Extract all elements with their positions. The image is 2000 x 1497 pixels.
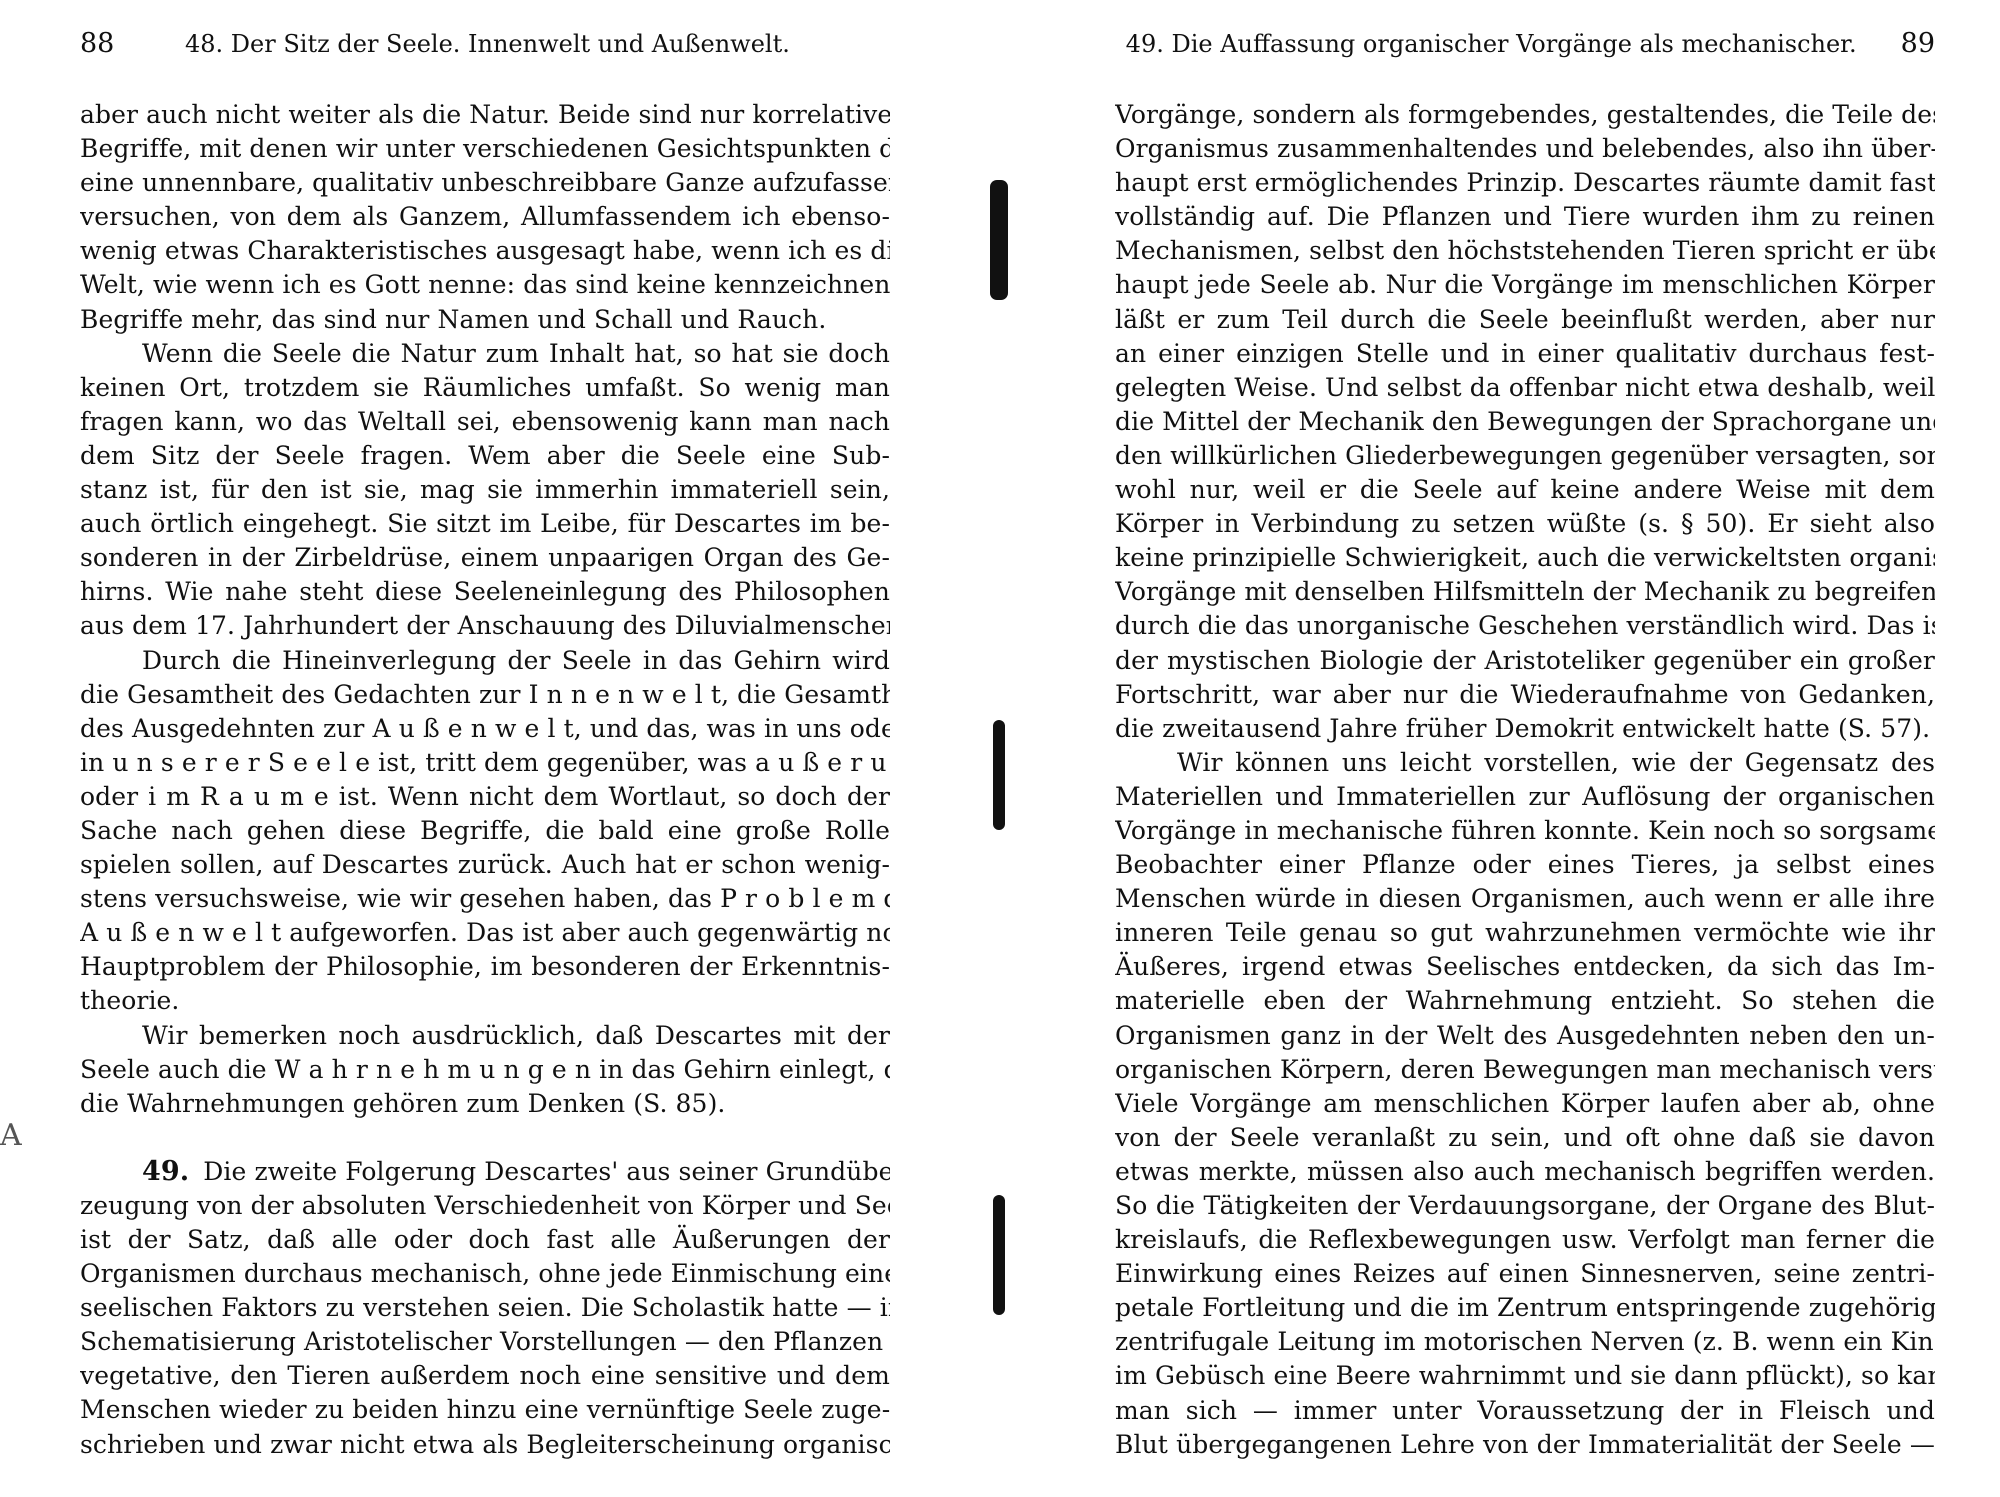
text-line: ist der Satz, daß alle oder doch fast al…: [80, 1223, 890, 1257]
text-line: Welt, wie wenn ich es Gott nenne: das si…: [80, 268, 890, 302]
text-line: den willkürlichen Gliederbewegungen gege…: [1115, 439, 1935, 473]
text-line: läßt er zum Teil durch die Seele beeinfl…: [1115, 303, 1935, 337]
text-line: Vorgänge, sondern als formgebendes, gest…: [1115, 98, 1935, 132]
text-line: spielen sollen, auf Descartes zurück. Au…: [80, 848, 890, 882]
text-line: stens versuchsweise, wie wir gesehen hab…: [80, 882, 890, 916]
text-line: Viele Vorgänge am menschlichen Körper la…: [1115, 1087, 1935, 1121]
text-line: Organismen durchaus mechanisch, ohne jed…: [80, 1257, 890, 1291]
text-line: Organismus zusammenhaltendes und beleben…: [1115, 132, 1935, 166]
text-line: Körper in Verbindung zu setzen wüßte (s.…: [1115, 507, 1935, 541]
text-line: Fortschritt, war aber nur die Wiederaufn…: [1115, 678, 1935, 712]
text-line: die Mittel der Mechanik den Bewegungen d…: [1115, 405, 1935, 439]
text-line: im Gebüsch eine Beere wahrnimmt und sie …: [1115, 1359, 1935, 1393]
section-number: 49.: [80, 1156, 189, 1187]
text-line: keine prinzipielle Schwierigkeit, auch d…: [1115, 541, 1935, 575]
text-line: haupt erst ermöglichendes Prinzip. Desca…: [1115, 166, 1935, 200]
text-line: an einer einzigen Stelle und in einer qu…: [1115, 337, 1935, 371]
right-running-head: 49. Die Auffassung organischer Vorgänge …: [1115, 28, 1935, 68]
text-line: auch örtlich eingehegt. Sie sitzt im Lei…: [80, 507, 890, 541]
text-line: Hauptproblem der Philosophie, im besonde…: [80, 950, 890, 984]
text-line: Begriffe mehr, das sind nur Namen und Sc…: [80, 303, 890, 337]
text-line: materielle eben der Wahrnehmung entzieht…: [1115, 984, 1935, 1018]
text-line: Vorgänge mit denselben Hilfsmitteln der …: [1115, 575, 1935, 609]
text-line: gelegten Weise. Und selbst da offenbar n…: [1115, 371, 1935, 405]
text-line: Wenn die Seele die Natur zum Inhalt hat,…: [80, 337, 890, 371]
text-line: versuchen, von dem als Ganzem, Allumfass…: [80, 200, 890, 234]
text-line: Blut übergegangenen Lehre von der Immate…: [1115, 1428, 1935, 1462]
text-line: von der Seele veranlaßt zu sein, und oft…: [1115, 1121, 1935, 1155]
text-line: Schematisierung Aristotelischer Vorstell…: [80, 1325, 890, 1359]
text-line: zentrifugale Leitung im motorischen Nerv…: [1115, 1325, 1935, 1359]
text-line: etwas merkte, müssen also auch mechanisc…: [1115, 1155, 1935, 1189]
text-line: inneren Teile genau so gut wahrzunehmen …: [1115, 916, 1935, 950]
text-line: Wir können uns leicht vorstellen, wie de…: [1115, 746, 1935, 780]
text-line: Organismen ganz in der Welt des Ausgedeh…: [1115, 1019, 1935, 1053]
right-page: 49. Die Auffassung organischer Vorgänge …: [1115, 0, 1935, 1497]
left-page: 88 48. Der Sitz der Seele. Innenwelt und…: [80, 0, 890, 1497]
left-page-body: aber auch nicht weiter als die Natur. Be…: [80, 98, 890, 1462]
text-line: dem Sitz der Seele fragen. Wem aber die …: [80, 439, 890, 473]
page-number: 88: [80, 28, 185, 59]
left-running-head: 88 48. Der Sitz der Seele. Innenwelt und…: [80, 28, 890, 68]
text-line: Wir bemerken noch ausdrücklich, daß Desc…: [80, 1019, 890, 1053]
text-line: keinen Ort, trotzdem sie Räumliches umfa…: [80, 371, 890, 405]
binding-shadow: [993, 1195, 1005, 1315]
text-line: Materiellen und Immateriellen zur Auflös…: [1115, 780, 1935, 814]
margin-pencil-mark: A: [0, 1118, 30, 1164]
text-line: wohl nur, weil er die Seele auf keine an…: [1115, 473, 1935, 507]
text-line: So die Tätigkeiten der Verdauungsorgane,…: [1115, 1189, 1935, 1223]
text-line: organischen Körpern, deren Bewegungen ma…: [1115, 1053, 1935, 1087]
text-line: die Gesamtheit des Gedachten zur I n n e…: [80, 678, 890, 712]
running-head-title: 48. Der Sitz der Seele. Innenwelt und Au…: [185, 30, 790, 58]
section-first-line: Die zweite Folgerung Descartes' aus sein…: [203, 1157, 890, 1186]
text-line: die zweitausend Jahre früher Demokrit en…: [1115, 712, 1935, 746]
text-line: Sache nach gehen diese Begriffe, die bal…: [80, 814, 890, 848]
text-line: Menschen würde in diesen Organismen, auc…: [1115, 882, 1935, 916]
text-line: Menschen wieder zu beiden hinzu eine ver…: [80, 1393, 890, 1427]
text-line: stanz ist, für den ist sie, mag sie imme…: [80, 473, 890, 507]
text-line: Durch die Hineinverlegung der Seele in d…: [80, 644, 890, 678]
binding-shadow: [990, 180, 1008, 300]
text-line: aber auch nicht weiter als die Natur. Be…: [80, 98, 890, 132]
text-line: des Ausgedehnten zur A u ß e n w e l t, …: [80, 712, 890, 746]
text-line: Äußeres, irgend etwas Seelisches entdeck…: [1115, 950, 1935, 984]
text-line: Mechanismen, selbst den höchststehenden …: [1115, 234, 1935, 268]
text-line: vollständig auf. Die Pflanzen und Tiere …: [1115, 200, 1935, 234]
page-number: 89: [1901, 28, 1935, 59]
text-line: Begriffe, mit denen wir unter verschiede…: [80, 132, 890, 166]
text-line: vegetative, den Tieren außerdem noch ein…: [80, 1359, 890, 1393]
binding-shadow: [993, 720, 1005, 830]
text-line: wenig etwas Charakteristisches ausgesagt…: [80, 234, 890, 268]
text-line: Seele auch die W a h r n e h m u n g e n…: [80, 1053, 890, 1087]
text-line: eine unnennbare, qualitativ unbeschreibb…: [80, 166, 890, 200]
text-line: A u ß e n w e l t aufgeworfen. Das ist a…: [80, 916, 890, 950]
text-line: zeugung von der absoluten Verschiedenhei…: [80, 1189, 890, 1223]
text-line: seelischen Faktors zu verstehen seien. D…: [80, 1291, 890, 1325]
text-line: fragen kann, wo das Weltall sei, ebensow…: [80, 405, 890, 439]
text-line: oder i m R a u m e ist. Wenn nicht dem W…: [80, 780, 890, 814]
text-line: Vorgänge in mechanische führen konnte. K…: [1115, 814, 1935, 848]
text-line: kreislaufs, die Reflexbewegungen usw. Ve…: [1115, 1223, 1935, 1257]
text-line: der mystischen Biologie der Aristotelike…: [1115, 644, 1935, 678]
text-line: Einwirkung eines Reizes auf einen Sinnes…: [1115, 1257, 1935, 1291]
text-line: petale Fortleitung und die im Zentrum en…: [1115, 1291, 1935, 1325]
text-line: hirns. Wie nahe steht diese Seeleneinleg…: [80, 575, 890, 609]
text-line: haupt jede Seele ab. Nur die Vorgänge im…: [1115, 268, 1935, 302]
text-line: aus dem 17. Jahrhundert der Anschauung d…: [80, 609, 890, 643]
running-head-title: 49. Die Auffassung organischer Vorgänge …: [1126, 30, 1857, 58]
text-line: Beobachter einer Pflanze oder eines Tier…: [1115, 848, 1935, 882]
text-line: durch die das unorganische Geschehen ver…: [1115, 609, 1935, 643]
text-line: schrieben und zwar nicht etwa als Beglei…: [80, 1428, 890, 1462]
text-line: man sich — immer unter Voraussetzung der…: [1115, 1394, 1935, 1428]
right-page-body: Vorgänge, sondern als formgebendes, gest…: [1115, 98, 1935, 1462]
section-gap: [80, 1121, 890, 1155]
section-heading-line: 49.Die zweite Folgerung Descartes' aus s…: [80, 1155, 890, 1189]
text-line: die Wahrnehmungen gehören zum Denken (S.…: [80, 1087, 890, 1121]
text-line: sonderen in der Zirbeldrüse, einem unpaa…: [80, 541, 890, 575]
text-line: theorie.: [80, 984, 890, 1018]
text-line: in u n s e r e r S e e l e ist, tritt de…: [80, 746, 890, 780]
